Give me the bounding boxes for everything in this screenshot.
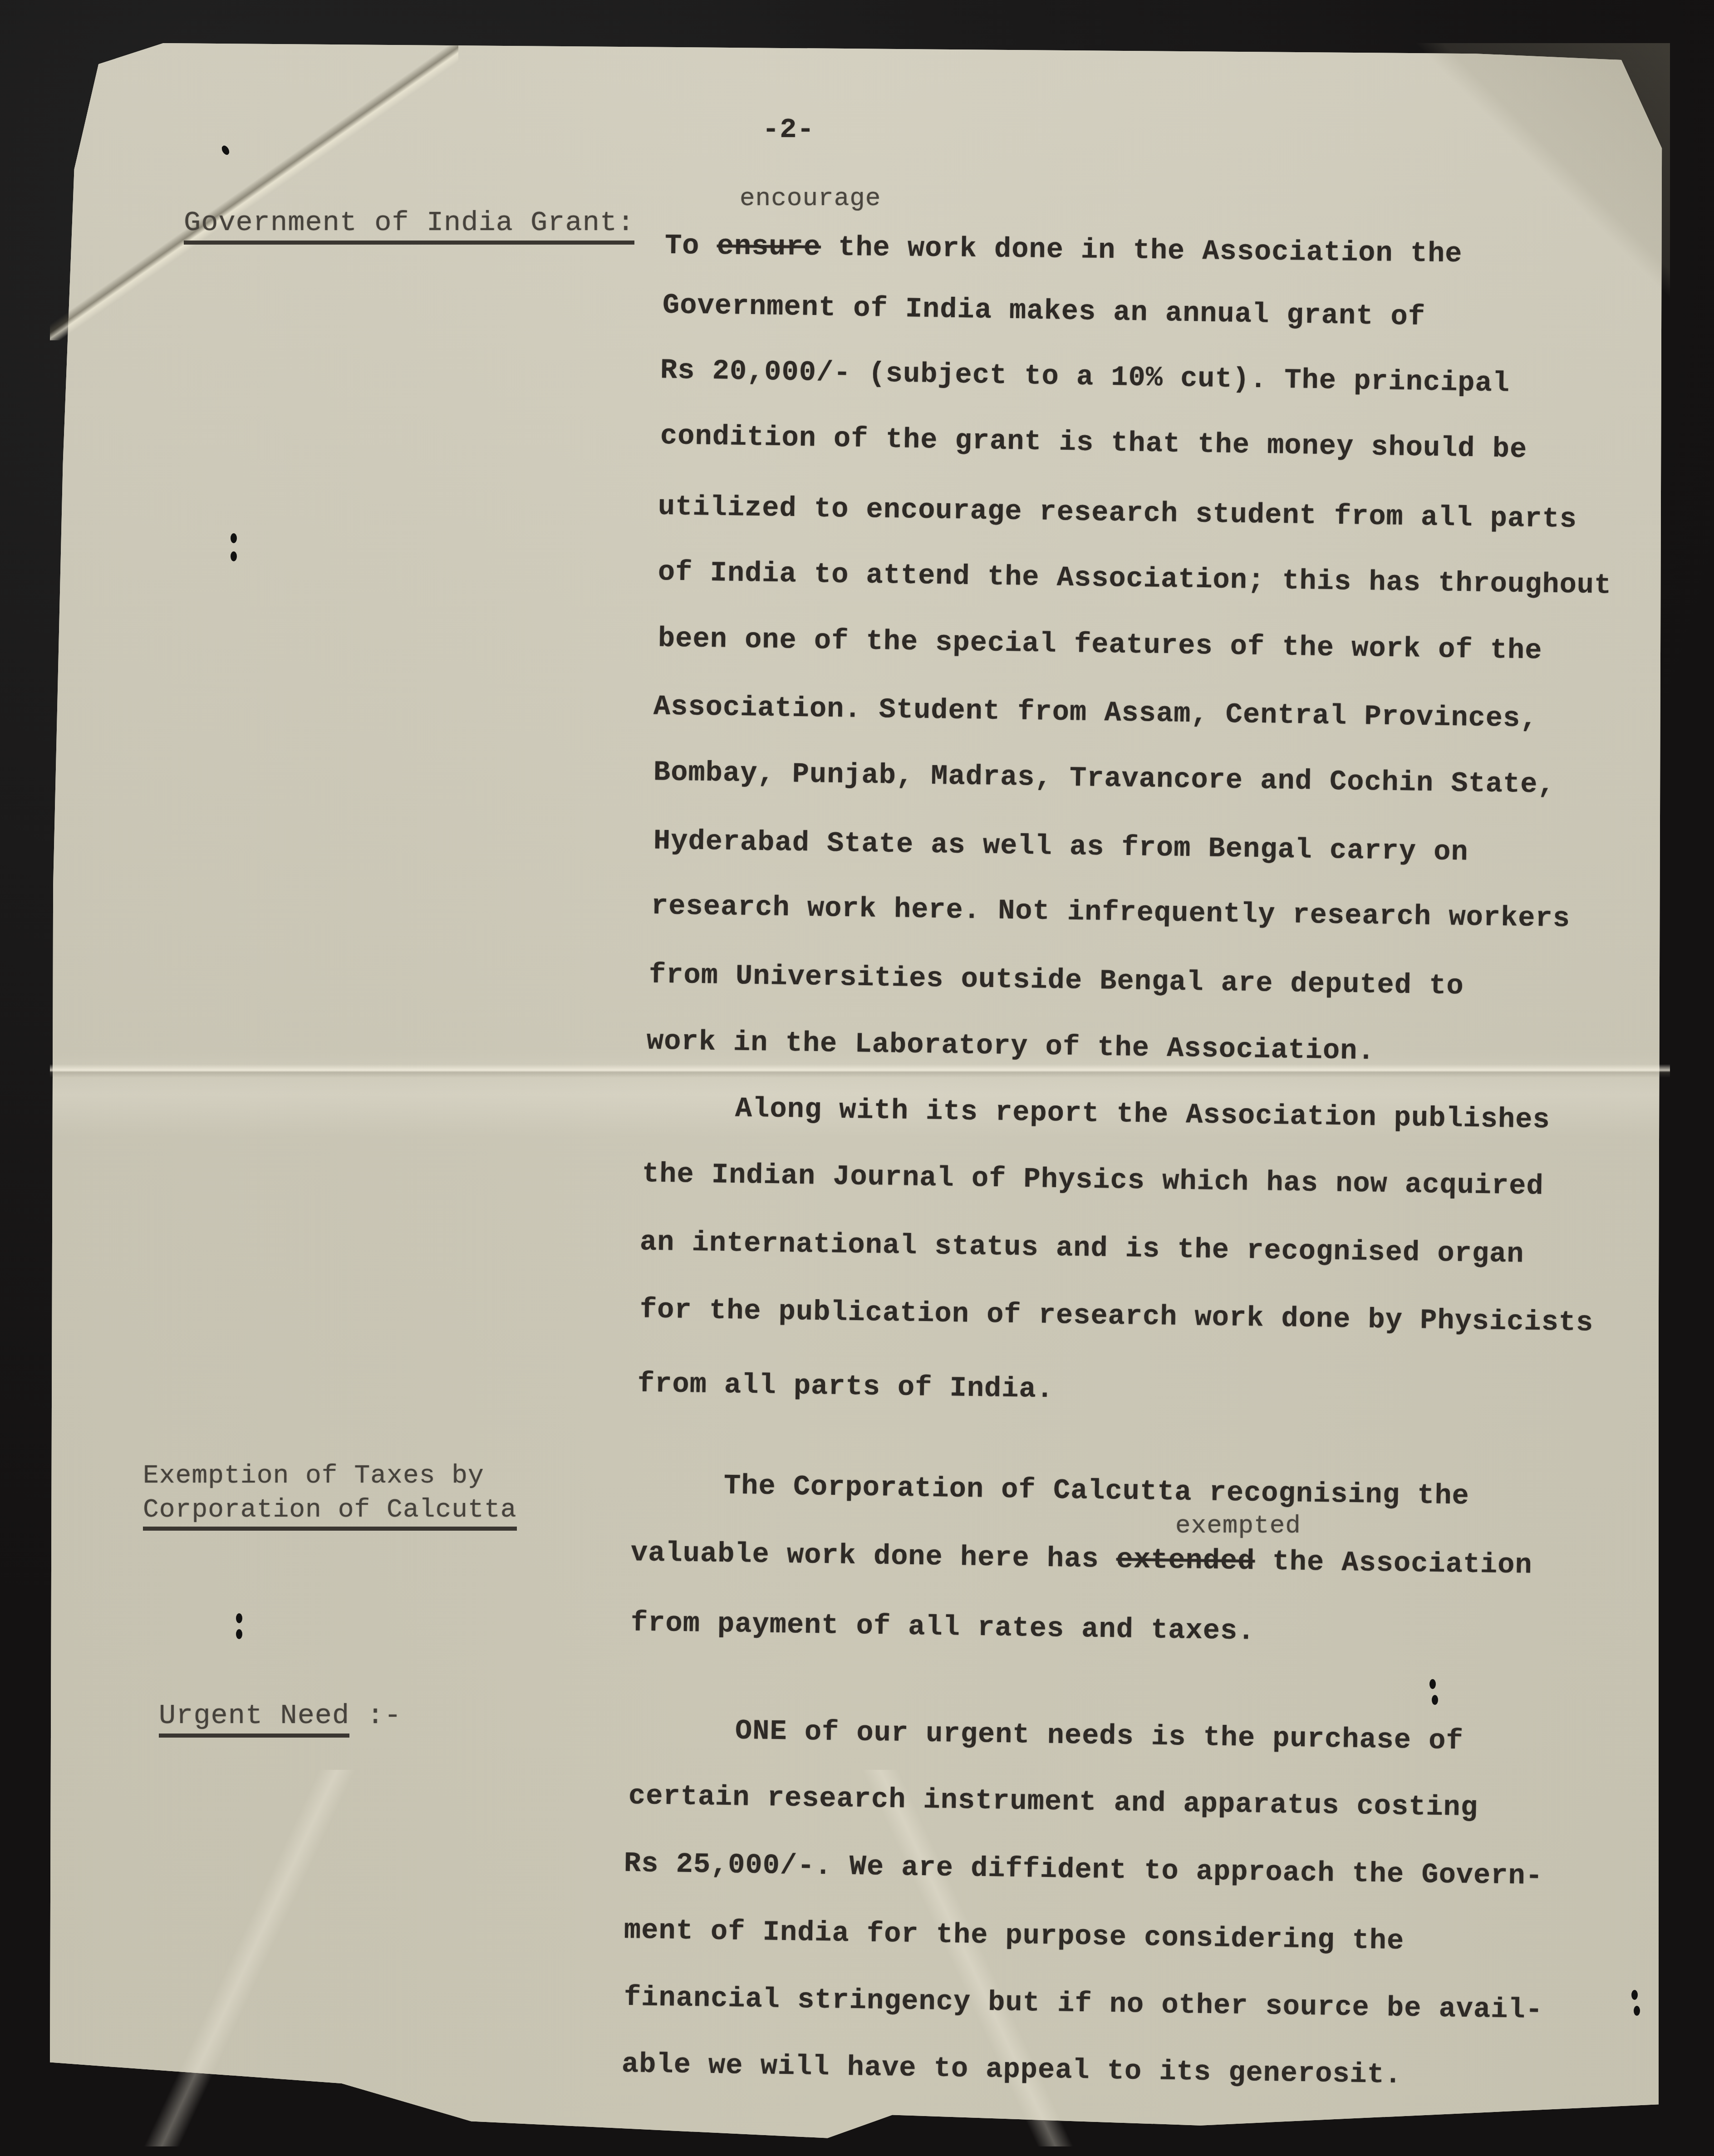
heading-text: Urgent Need bbox=[159, 1699, 349, 1738]
handwritten-insertion: exempted bbox=[1175, 1511, 1301, 1540]
binding-hole bbox=[231, 551, 237, 561]
binding-hole bbox=[236, 1629, 242, 1639]
binding-hole bbox=[236, 1613, 242, 1623]
heading-suffix: :- bbox=[367, 1699, 402, 1732]
page-number: -2- bbox=[762, 113, 815, 146]
handwritten-insertion: encourage bbox=[740, 184, 881, 213]
line-lead: valuable work done here has bbox=[631, 1537, 1099, 1575]
line-rest: the work done in the Association the bbox=[838, 231, 1463, 270]
section-heading-government-grant: Government of India Grant: bbox=[184, 206, 634, 245]
binding-hole bbox=[1634, 2006, 1640, 2016]
section-heading-tax-exemption-line2: Corporation of Calcutta bbox=[143, 1495, 517, 1531]
section-heading-urgent-need: Urgent Need :- bbox=[159, 1699, 402, 1732]
section-heading-tax-exemption-line1: Exemption of Taxes by bbox=[143, 1461, 484, 1493]
body-line: from all parts of India. bbox=[638, 1368, 1054, 1406]
binding-hole bbox=[1631, 1990, 1638, 2000]
binding-hole bbox=[231, 533, 237, 543]
line-lead: To bbox=[665, 230, 700, 262]
struck-word: extended bbox=[1116, 1543, 1255, 1577]
line-rest: the Association bbox=[1272, 1546, 1532, 1581]
binding-hole bbox=[1429, 1679, 1436, 1689]
binding-hole bbox=[1432, 1695, 1438, 1705]
struck-word: ensure bbox=[717, 230, 821, 263]
